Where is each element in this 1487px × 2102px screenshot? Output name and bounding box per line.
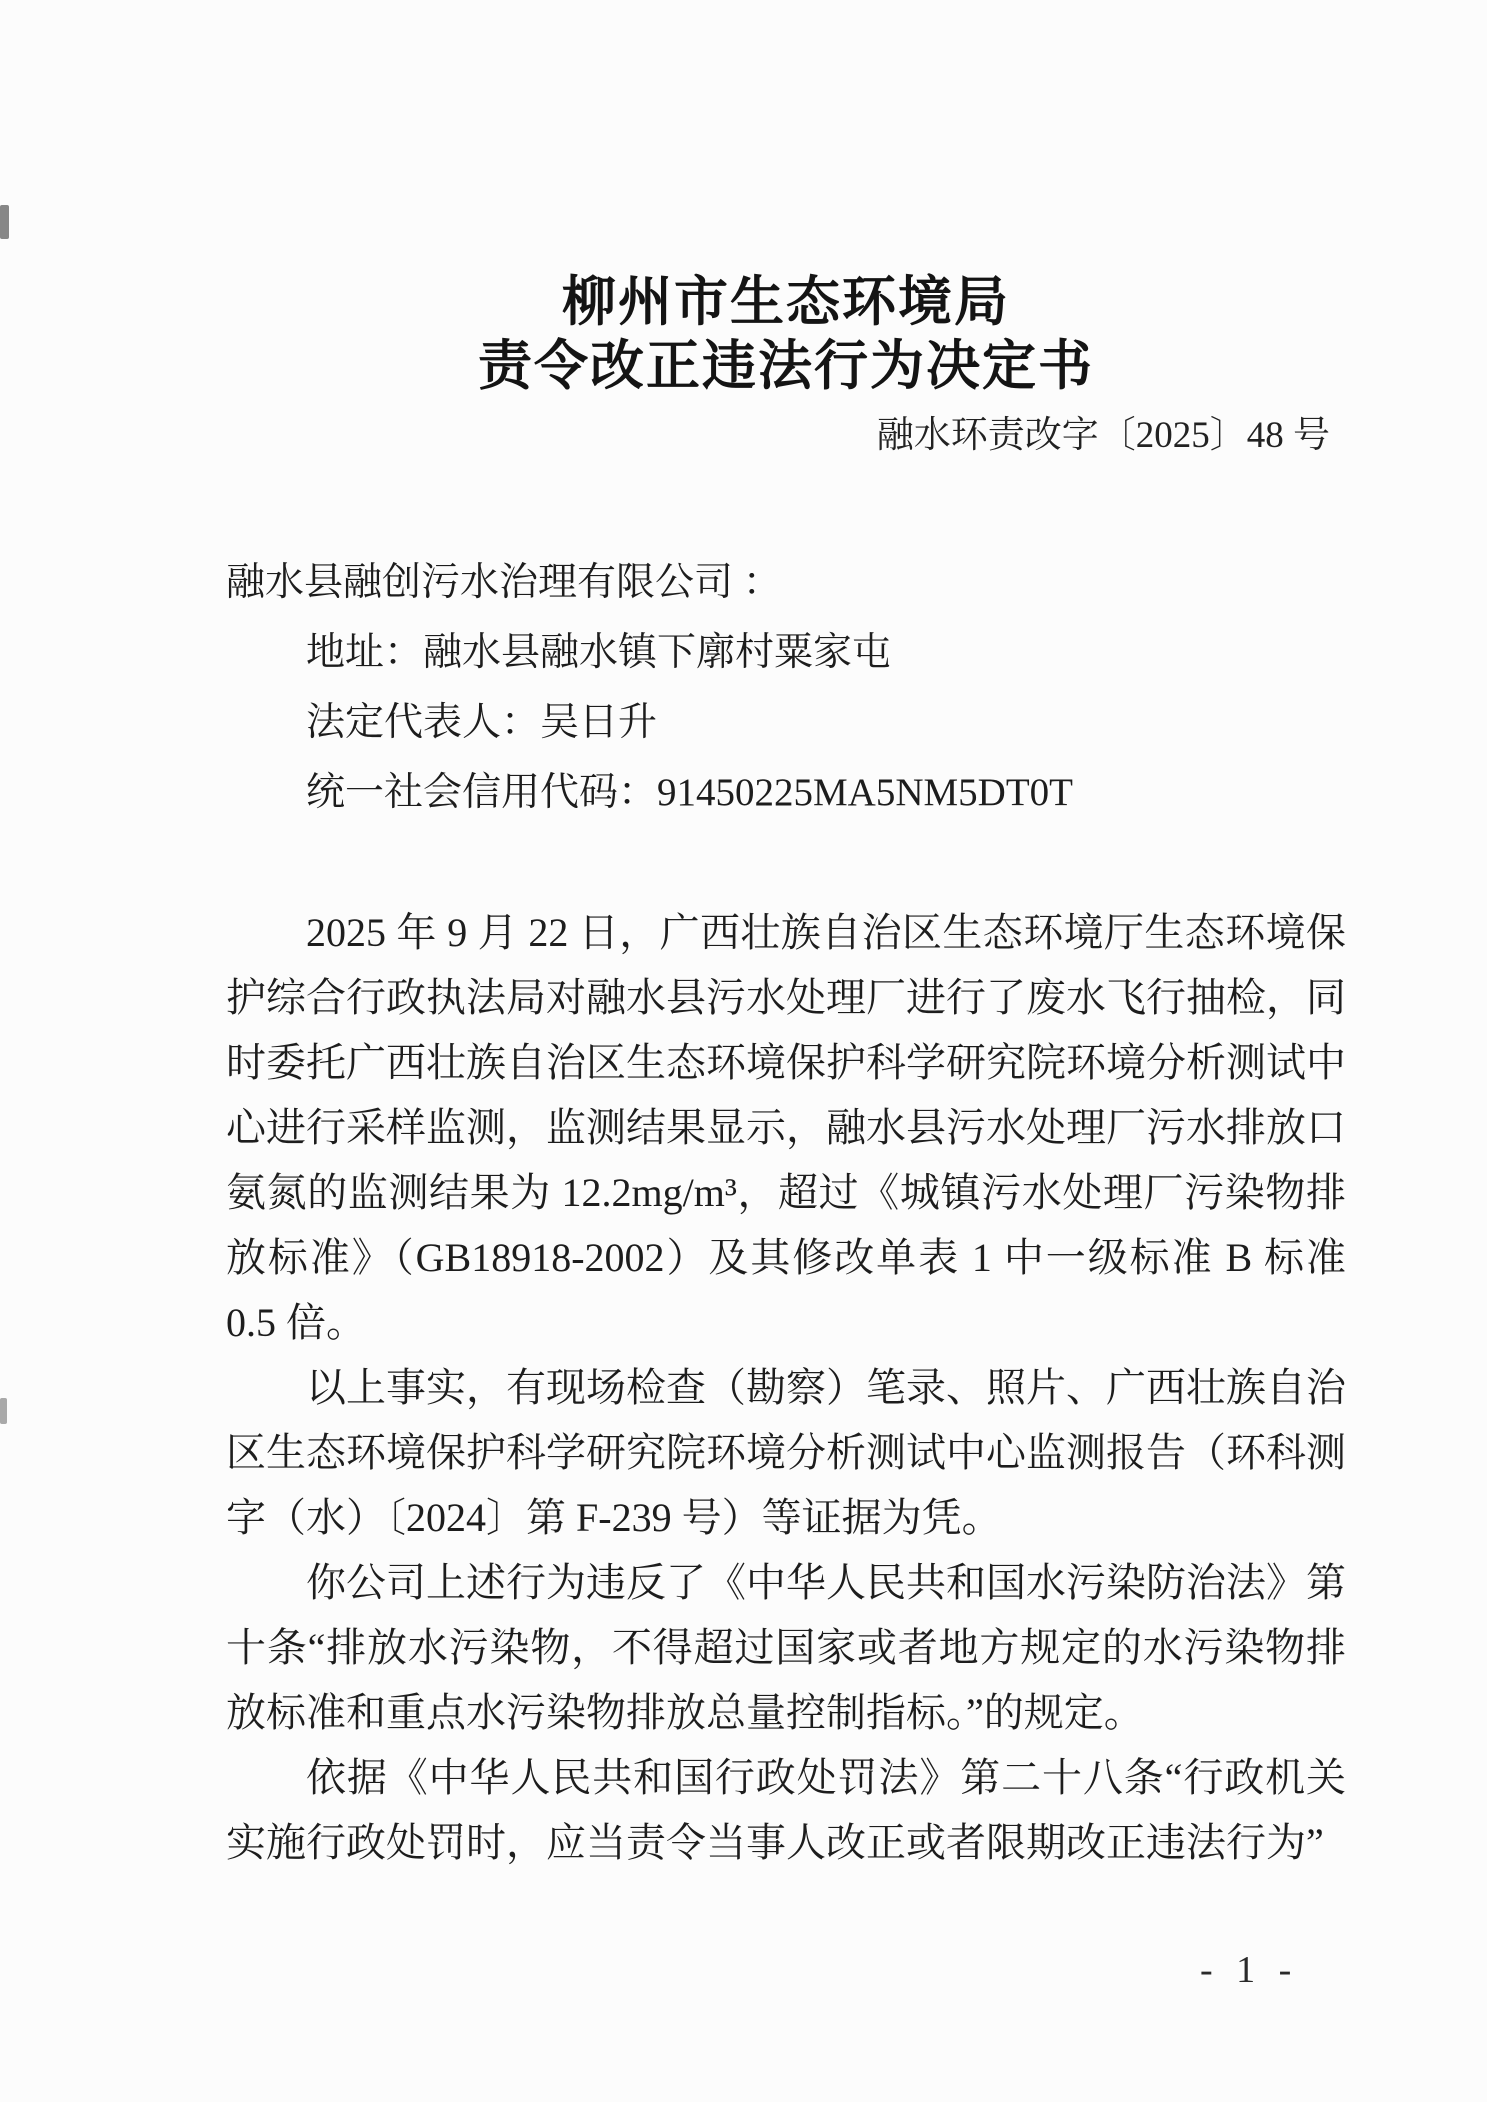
paragraph-violated-law: 你公司上述行为违反了《中华人民共和国水污染防治法》第十条“排放水污染物，不得超过… bbox=[226, 1550, 1346, 1745]
recipient-address: 地址：融水县融水镇下廓村粟家屯 bbox=[306, 618, 1346, 688]
paragraph-legal-basis: 依据《中华人民共和国行政处罚法》第二十八条“行政机关实施行政处罚时，应当责令当事… bbox=[226, 1745, 1346, 1875]
document-header: 柳州市生态环境局 责令改正违法行为决定书 融水环责改字〔2025〕48 号 bbox=[226, 270, 1346, 460]
paragraph-evidence: 以上事实，有现场检查（勘察）笔录、照片、广西壮族自治区生态环境保护科学研究院环境… bbox=[226, 1355, 1346, 1550]
recipient-section: 融水县融创污水治理有限公司 ： 地址：融水县融水镇下廓村粟家屯 法定代表人：吴日… bbox=[226, 548, 1346, 828]
document-body: 2025 年 9 月 22 日，广西壮族自治区生态环境厅生态环境保护综合行政执法… bbox=[226, 900, 1346, 1875]
issuing-authority-title: 柳州市生态环境局 bbox=[226, 270, 1346, 334]
unified-credit-code: 统一社会信用代码：91450225MA5NM5DT0T bbox=[306, 758, 1346, 828]
document-page: 柳州市生态环境局 责令改正违法行为决定书 融水环责改字〔2025〕48 号 融水… bbox=[0, 0, 1487, 2102]
document-type-title: 责令改正违法行为决定书 bbox=[226, 334, 1346, 398]
scan-artifact bbox=[0, 1398, 7, 1424]
document-title: 柳州市生态环境局 责令改正违法行为决定书 bbox=[226, 270, 1346, 398]
paragraph-inspection-facts: 2025 年 9 月 22 日，广西壮族自治区生态环境厅生态环境保护综合行政执法… bbox=[226, 900, 1346, 1355]
document-content: 柳州市生态环境局 责令改正违法行为决定书 融水环责改字〔2025〕48 号 融水… bbox=[226, 0, 1346, 1875]
document-number: 融水环责改字〔2025〕48 号 bbox=[226, 412, 1346, 460]
page-number: - 1 - bbox=[1200, 1948, 1298, 1992]
recipient-company: 融水县融创污水治理有限公司 ： bbox=[226, 548, 1346, 618]
scan-artifact bbox=[0, 205, 9, 239]
legal-representative: 法定代表人：吴日升 bbox=[306, 688, 1346, 758]
